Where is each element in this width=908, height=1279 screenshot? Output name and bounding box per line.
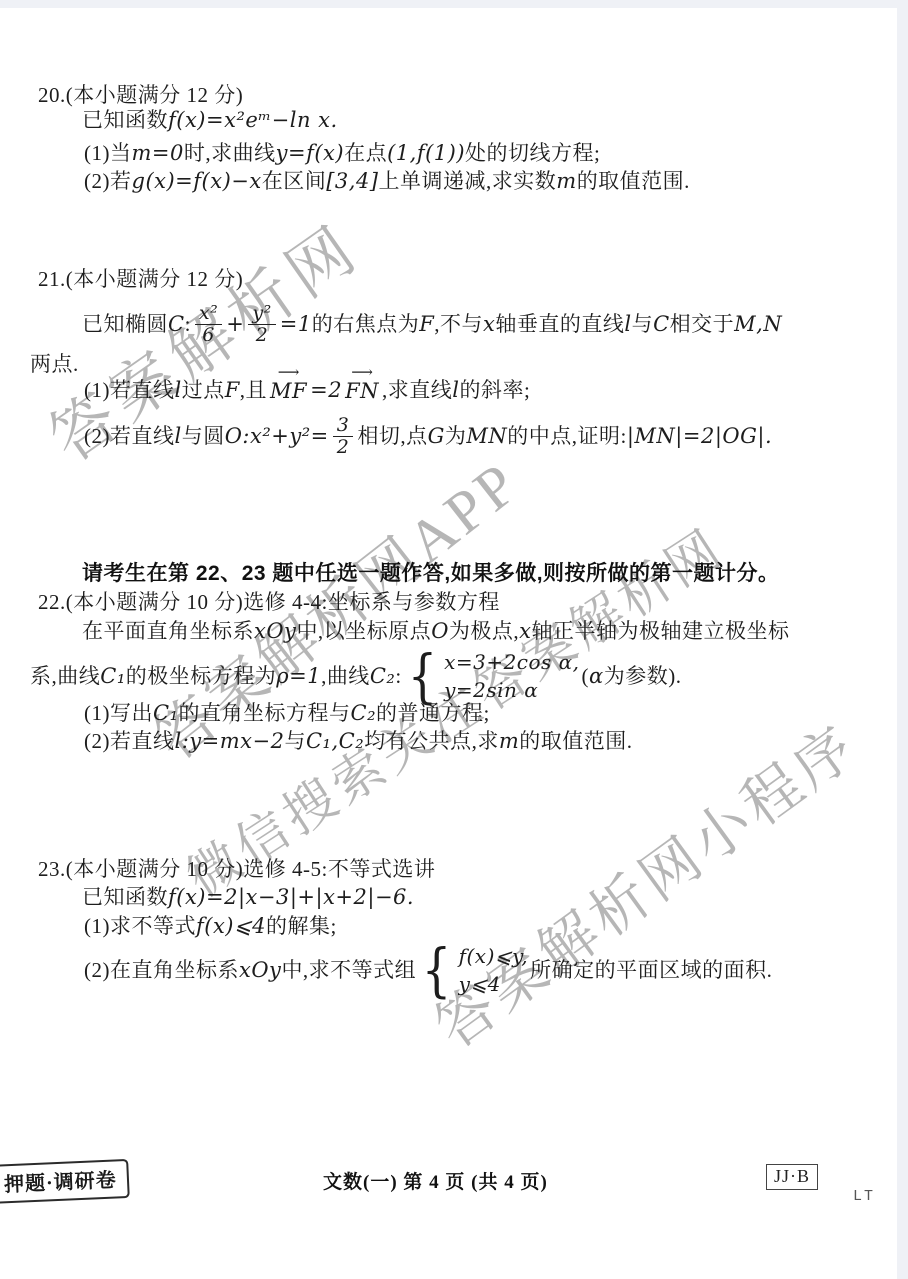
problem-20-header: 20.(本小题满分 12 分) — [38, 82, 243, 108]
problem-21-part-1: (1)若直线 l 过点 F,且MF=2FN,求直线 l 的斜率; — [84, 376, 530, 404]
problem-22-part-1: (1)写出 C₁ 的直角坐标方程与 C₂ 的普通方程; — [84, 700, 490, 726]
problem-22-header: 22.(本小题满分 10 分)选修 4-4:坐标系与参数方程 — [38, 589, 500, 615]
problem-22-part-2: (2)若直线 l:y=mx−2 与 C₁,C₂ 均有公共点,求 m 的取值范围. — [84, 728, 633, 754]
problem-20-part-1: (1)当 m=0 时,求曲线 y=f(x)在点(1,f(1))处的切线方程; — [84, 140, 600, 166]
footer-series-badge: 押题·调研卷 — [0, 1159, 129, 1204]
scan-edge-right — [897, 0, 908, 1279]
problem-23-header: 23.(本小题满分 10 分)选修 4-5:不等式选讲 — [38, 856, 435, 882]
problem-21-given-2: 两点. — [30, 351, 79, 377]
problem-23-given: 已知函数 f(x)=2|x−3|+|x+2|−6. — [82, 884, 414, 910]
footer-page-indicator: 文数(一) 第 4 页 (共 4 页) — [323, 1167, 548, 1194]
problem-20-part-2: (2)若 g(x)=f(x)−x 在区间[3,4]上单调递减,求实数 m 的取值… — [84, 168, 690, 194]
scan-edge-top — [0, 0, 908, 8]
problem-20-given: 已知函数 f(x)=x²eᵐ−ln x. — [82, 107, 338, 133]
footer-code-badge: JJ·B — [766, 1164, 818, 1190]
problem-21-part-2: (2)若直线 l 与圆 O:x²+y²=32相切,点 G 为 MN 的中点,证明… — [84, 408, 772, 464]
watermark-mini-program: 答案解析网小程序 — [415, 700, 872, 1064]
problem-21-header: 21.(本小题满分 12 分) — [38, 266, 243, 292]
choose-one-instruction: 请考生在第 22、23 题中任选一题作答,如果多做,则按所做的第一题计分。 — [82, 561, 780, 587]
problem-21-given-1: 已知椭圆 C:x²6+y²2=1 的右焦点为 F,不与 x 轴垂直的直线 l 与… — [82, 296, 782, 352]
problem-23-part-1: (1)求不等式 f(x)⩽4 的解集; — [84, 913, 337, 939]
problem-22-given-2: 系,曲线 C₁ 的极坐标方程为 ρ=1,曲线 C₂:{x=3+2cos α,y=… — [30, 644, 681, 708]
problem-23-part-2: (2)在直角坐标系 xOy 中,求不等式组{f(x)⩽y,y⩽4所确定的平面区域… — [84, 938, 772, 1002]
problem-22-given-1: 在平面直角坐标系 xOy 中,以坐标原点 O 为极点,x 轴正半轴为极轴建立极坐… — [82, 618, 790, 644]
exam-paper-page: 答案解析网 答案解析网APP 微信搜索关注答案解析网 答案解析网小程序 20.(… — [0, 0, 908, 1279]
footer-corner-code: LT — [853, 1188, 875, 1205]
